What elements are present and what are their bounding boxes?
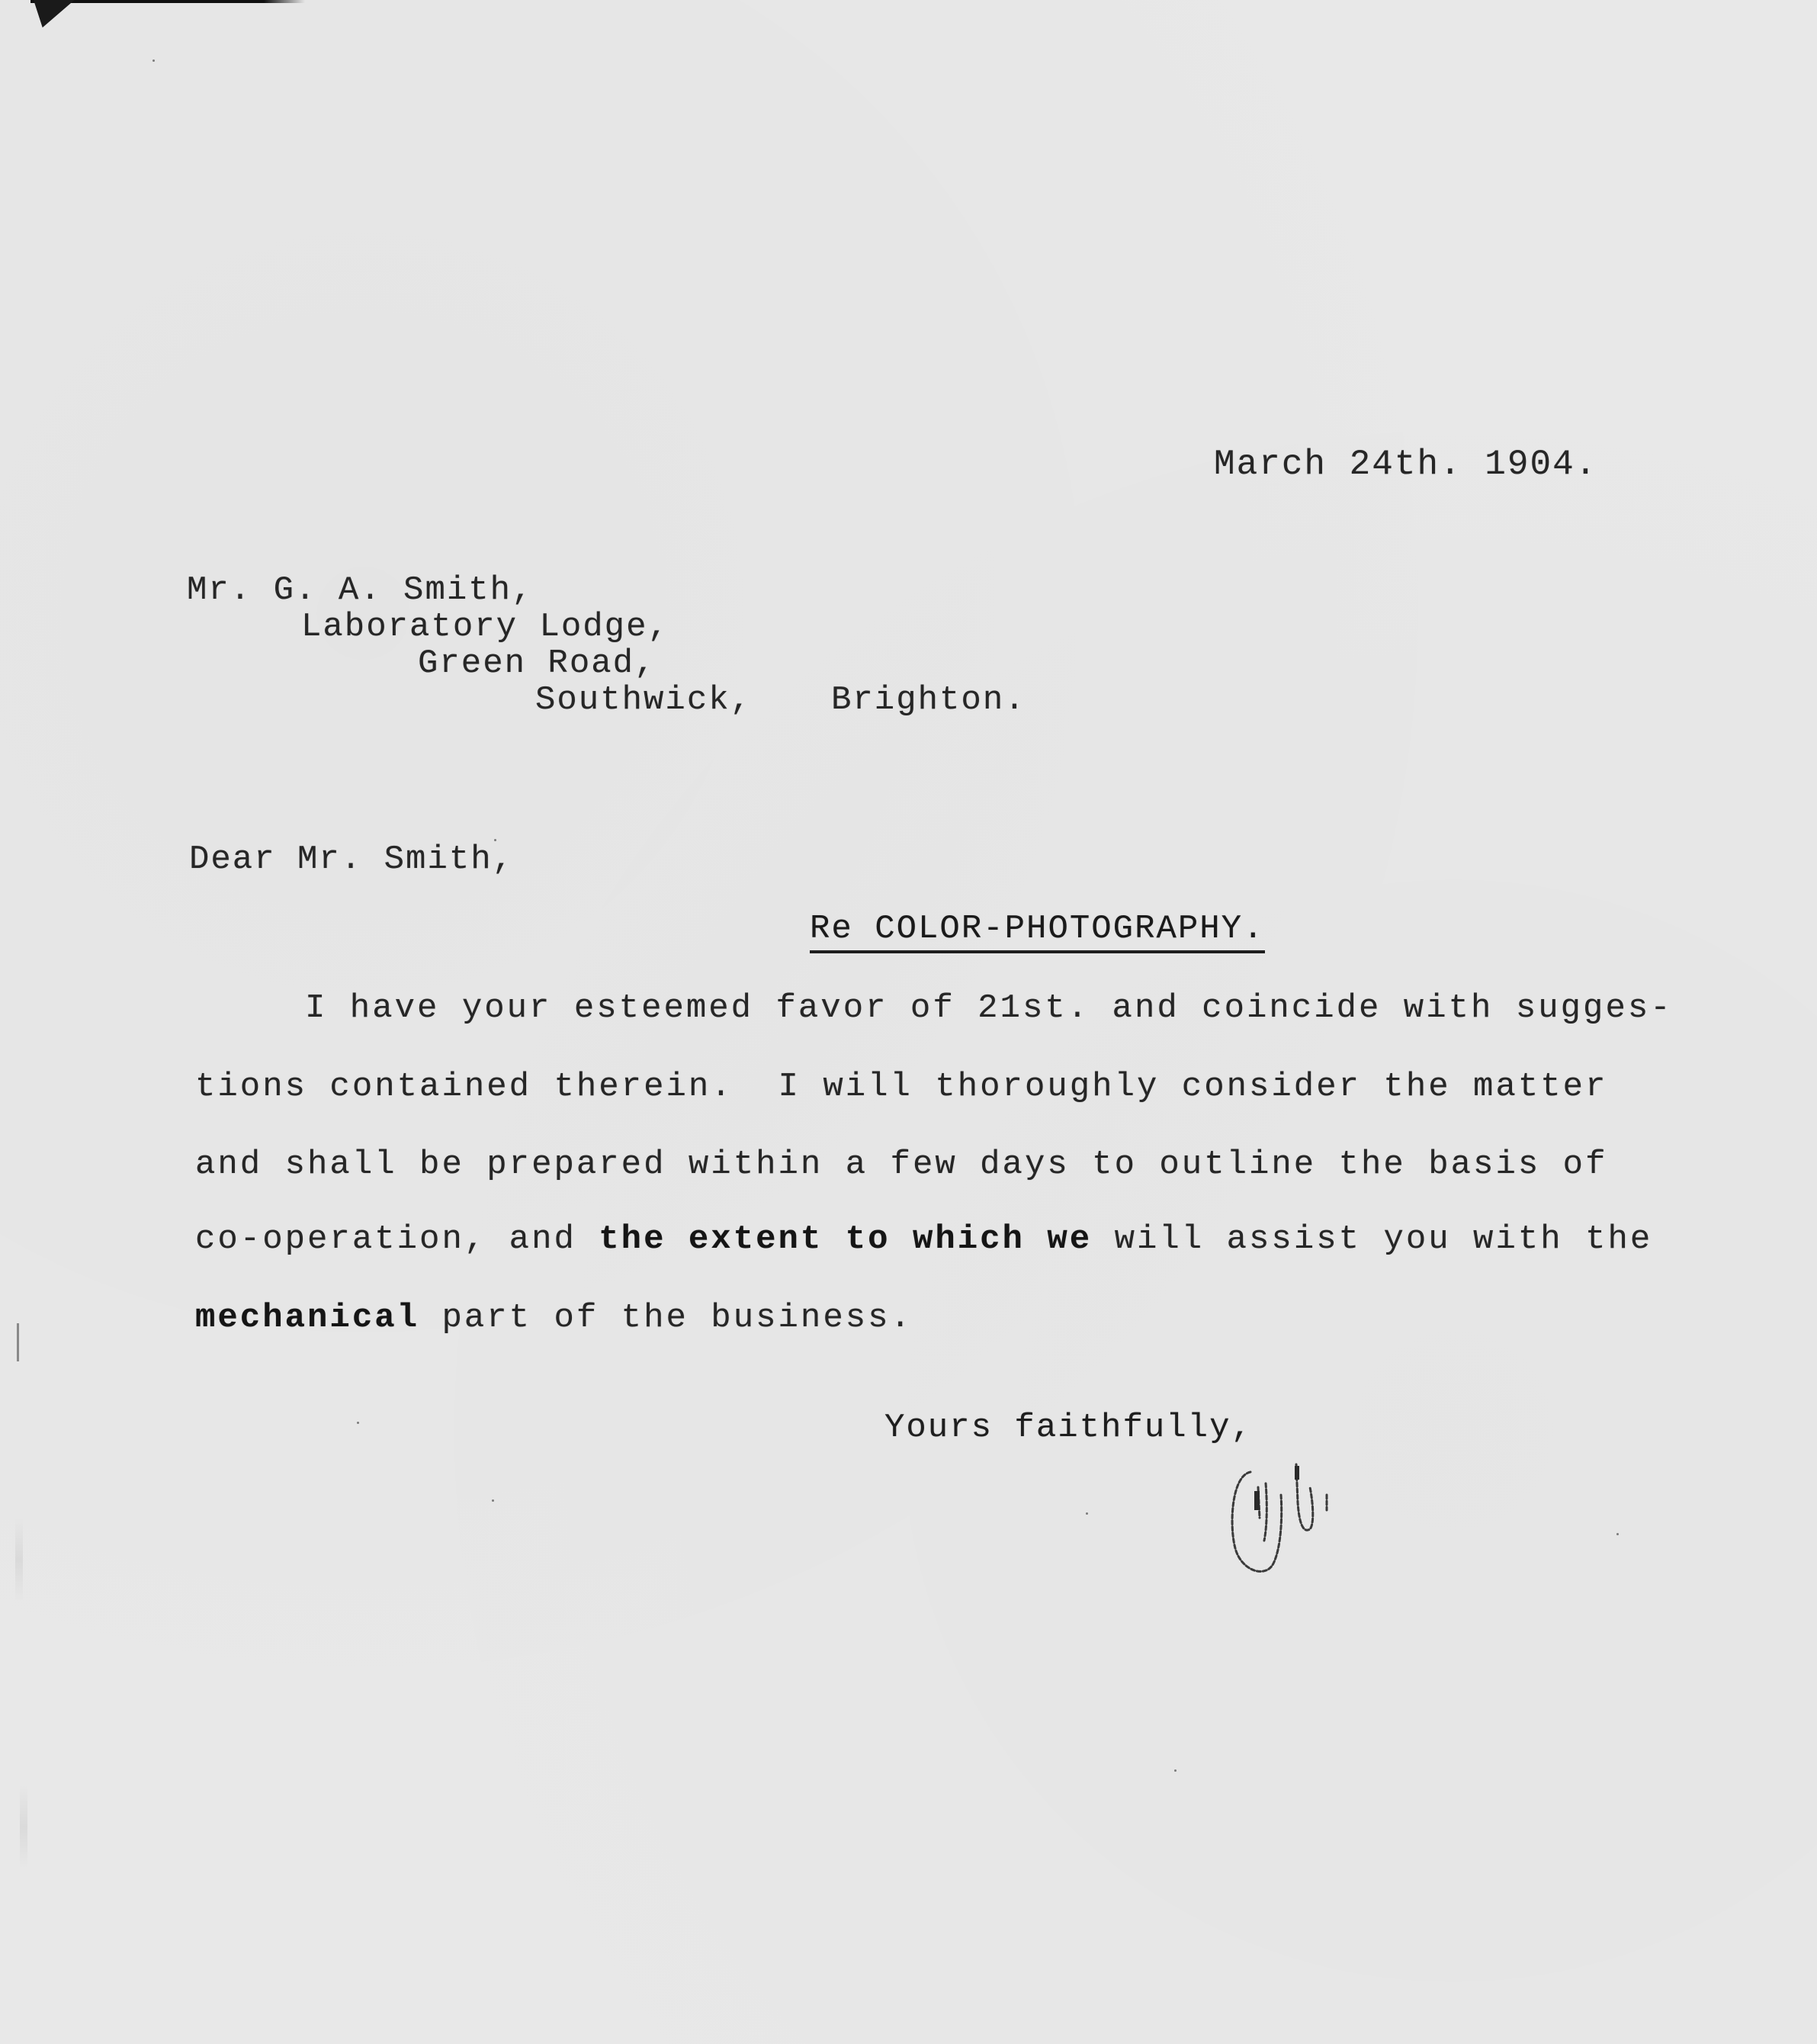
- scan-edge-shadow: [20, 1785, 27, 1869]
- body-text-emphasis: the extent to which we: [599, 1220, 1092, 1258]
- subject-line: Re COLOR-PHOTOGRAPHY.: [810, 912, 1265, 953]
- paper-speck: [1086, 1512, 1088, 1515]
- scan-edge-line: [17, 1323, 19, 1361]
- body-line: mechanical part of the business.: [195, 1301, 913, 1335]
- recipient-name: Mr. G. A. Smith,: [187, 574, 533, 607]
- body-text: co-operation, and: [195, 1220, 599, 1258]
- corner-fold-mark: [34, 0, 88, 27]
- body-line: and shall be prepared within a few days …: [195, 1148, 1607, 1181]
- body-line: I have your esteemed favor of 21st. and …: [305, 991, 1673, 1025]
- body-line: tions contained therein. I will thorough…: [195, 1070, 1607, 1104]
- recipient-address-line-1: Laboratory Lodge,: [301, 610, 669, 644]
- paper-speck: [1174, 1769, 1177, 1772]
- body-text: part of the business.: [419, 1299, 913, 1337]
- recipient-city: Brighton.: [831, 683, 1026, 717]
- closing: Yours faithfully,: [884, 1411, 1253, 1445]
- recipient-address-line-3: Southwick,: [535, 683, 752, 717]
- salutation: Dear Mr. Smith,: [189, 843, 514, 876]
- paper-speck: [152, 59, 155, 62]
- recipient-address-line-2: Green Road,: [418, 647, 656, 680]
- paper-speck: [1616, 1533, 1619, 1535]
- scan-edge-shadow: [15, 1518, 23, 1602]
- paper-speck: [357, 1422, 359, 1424]
- letter-date: March 24th. 1904.: [1214, 447, 1597, 482]
- body-text-emphasis: mechanical: [195, 1299, 419, 1337]
- body-text: will assist you with the: [1092, 1220, 1652, 1258]
- letter-page: March 24th. 1904. Mr. G. A. Smith, Labor…: [0, 0, 1817, 2044]
- paper-speck: [492, 1499, 494, 1502]
- body-line: co-operation, and the extent to which we…: [195, 1223, 1652, 1256]
- signature-initials-icon: [1220, 1457, 1357, 1586]
